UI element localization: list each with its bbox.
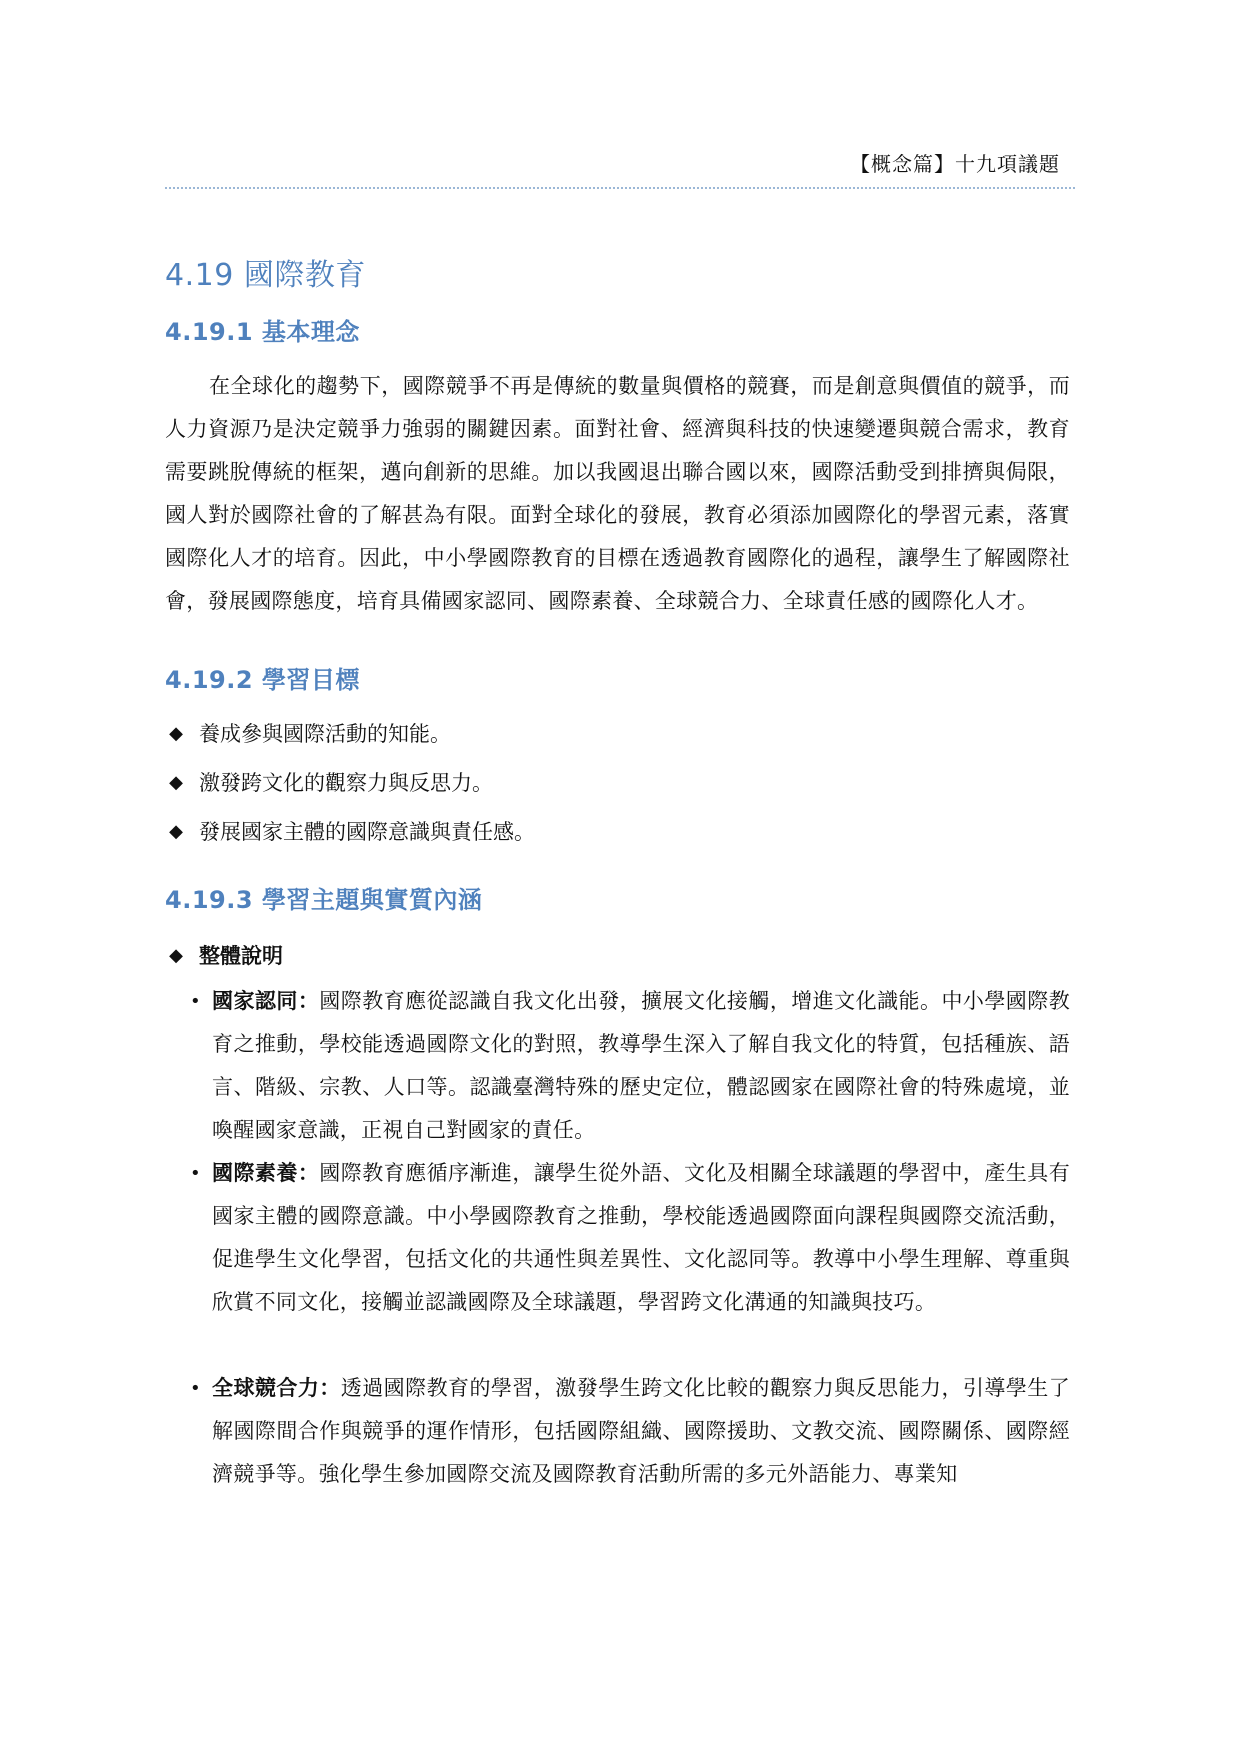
- item-term: 全球競合力: [212, 1376, 319, 1400]
- subsection-title-learning-topics: 4.19.3 學習主題與實質內涵: [165, 880, 482, 915]
- item-separator: ：: [298, 1161, 319, 1185]
- running-header: 【概念篇】十九項議題: [850, 148, 1060, 177]
- diamond-bullet-icon: ◆: [165, 768, 187, 798]
- item-separator: ：: [319, 1376, 340, 1400]
- item-separator: ：: [298, 989, 319, 1013]
- section-title: 4.19 國際教育: [165, 250, 366, 294]
- goal-list-item: ◆ 激發跨文化的觀察力與反思力。: [165, 768, 493, 798]
- header-dotted-rule: [165, 187, 1075, 189]
- diamond-bullet-icon: ◆: [165, 719, 187, 749]
- basic-concept-paragraph: 在全球化的趨勢下，國際競爭不再是傳統的數量與價格的競賽，而是創意與價值的競爭，而…: [165, 365, 1070, 623]
- item-term: 國際素養: [212, 1161, 298, 1185]
- goal-text: 養成參與國際活動的知能。: [199, 719, 451, 749]
- diamond-bullet-icon: ◆: [165, 945, 187, 966]
- subsection-title-basic-concept: 4.19.1 基本理念: [165, 312, 360, 347]
- item-text: 國際教育應從認識自我文化出發，擴展文化接觸，增進文化識能。中小學國際教育之推動，…: [212, 989, 1070, 1142]
- dot-bullet-icon: •: [190, 1152, 201, 1195]
- goal-text: 激發跨文化的觀察力與反思力。: [199, 768, 493, 798]
- diamond-bullet-icon: ◆: [165, 817, 187, 847]
- topic-item-national-identity: • 國家認同：國際教育應從認識自我文化出發，擴展文化接觸，增進文化識能。中小學國…: [192, 980, 1070, 1152]
- topic-heading: ◆ 整體說明: [165, 940, 283, 970]
- item-term: 國家認同: [212, 989, 298, 1013]
- goal-text: 發展國家主體的國際意識與責任感。: [199, 817, 535, 847]
- item-text: 國際教育應循序漸進，讓學生從外語、文化及相關全球議題的學習中，產生具有國家主體的…: [212, 1161, 1070, 1314]
- goal-list-item: ◆ 發展國家主體的國際意識與責任感。: [165, 817, 535, 847]
- topic-heading-text: 整體說明: [199, 940, 283, 970]
- item-text: 透過國際教育的學習，激發學生跨文化比較的觀察力與反思能力，引導學生了解國際間合作…: [212, 1376, 1070, 1486]
- goal-list-item: ◆ 養成參與國際活動的知能。: [165, 719, 451, 749]
- topic-item-international-literacy: • 國際素養：國際教育應循序漸進，讓學生從外語、文化及相關全球議題的學習中，產生…: [192, 1152, 1070, 1324]
- dot-bullet-icon: •: [190, 1367, 201, 1410]
- topic-item-global-competitiveness: • 全球競合力：透過國際教育的學習，激發學生跨文化比較的觀察力與反思能力，引導學…: [192, 1367, 1070, 1496]
- dot-bullet-icon: •: [190, 980, 201, 1023]
- subsection-title-learning-goals: 4.19.2 學習目標: [165, 660, 360, 695]
